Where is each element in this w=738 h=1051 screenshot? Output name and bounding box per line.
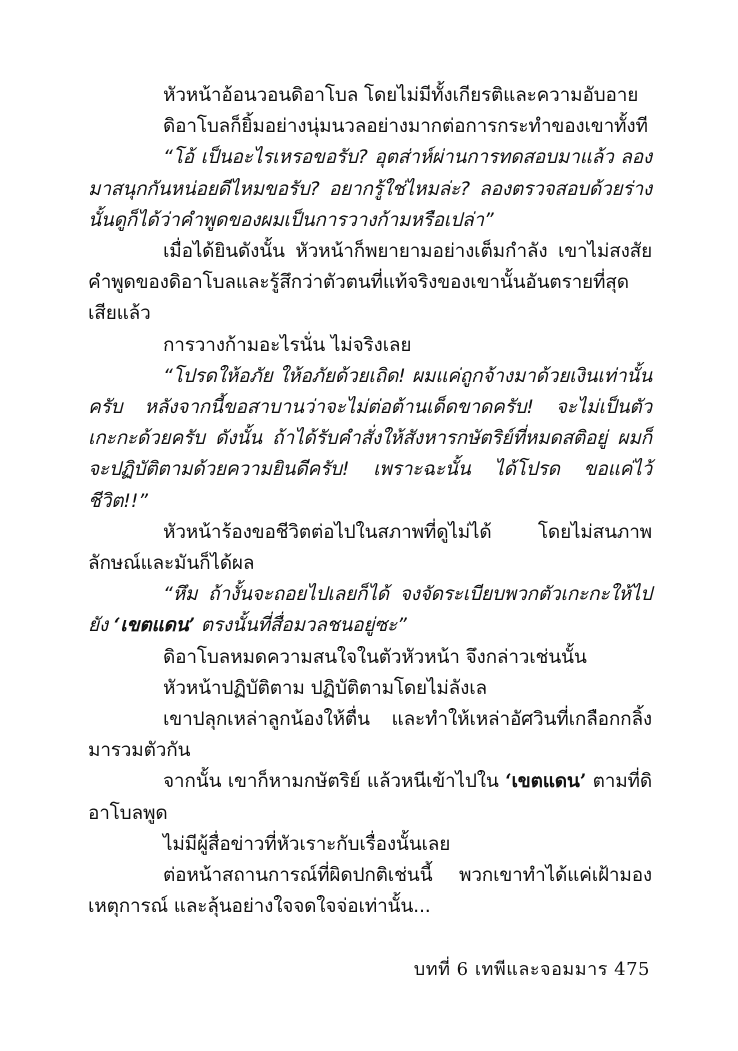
dialogue-text: ตรงนั้นที่สื่อมวลชนอยู่ซะ” [195, 614, 407, 636]
page-number: 475 [614, 959, 650, 980]
paragraph: ไม่มีผู้สื่อข่าวที่หัวเราะกับเรื่องนั้นเ… [88, 829, 652, 860]
dialogue-paragraph: “โอ้ เป็นอะไรเหรอขอรับ? อุตส่าห์ผ่านการท… [88, 142, 652, 236]
narration-text: จากนั้น เขาก็หามกษัตริย์ แล้วหนีเข้าไปใน [163, 770, 505, 792]
dialogue-paragraph: “หึม ถ้างั้นจะถอยไปเลยก็ได้ จงจัดระเบียบ… [88, 579, 652, 641]
chapter-label: บทที่ 6 เทพีและจอมมาร [414, 959, 608, 980]
paragraph: หัวหน้าร้องขอชีวิตต่อไปในสภาพที่ดูไม่ได้… [88, 517, 652, 579]
paragraph: ดิอาโบลก็ยิ้มอย่างนุ่มนวลอย่างมากต่อการก… [88, 111, 652, 142]
page-footer: บทที่ 6 เทพีและจอมมาร 475 [414, 954, 650, 983]
page-body: หัวหน้าอ้อนวอนดิอาโบล โดยไม่มีทั้งเกียรต… [88, 80, 652, 922]
emphasized-term: ‘เขตแดน’ [505, 770, 586, 792]
paragraph: หัวหน้าอ้อนวอนดิอาโบล โดยไม่มีทั้งเกียรต… [88, 80, 652, 111]
dialogue-paragraph: “โปรดให้อภัย ให้อภัยด้วยเถิด! ผมแค่ถูกจ้… [88, 361, 652, 517]
paragraph: เมื่อได้ยินดังนั้น หัวหน้าก็พยายามอย่างเ… [88, 236, 652, 330]
paragraph: จากนั้น เขาก็หามกษัตริย์ แล้วหนีเข้าไปใน… [88, 766, 652, 828]
paragraph: ต่อหน้าสถานการณ์ที่ผิดปกติเช่นนี้ พวกเขา… [88, 860, 652, 922]
paragraph: การวางก้ามอะไรนั่น ไม่จริงเลย [88, 330, 652, 361]
paragraph: เขาปลุกเหล่าลูกน้องให้ตื่น และทำให้เหล่า… [88, 704, 652, 766]
paragraph: ดิอาโบลหมดความสนใจในตัวหัวหน้า จึงกล่าวเ… [88, 642, 652, 673]
emphasized-term: ‘เขตแดน’ [114, 614, 195, 636]
paragraph: หัวหน้าปฏิบัติตาม ปฏิบัติตามโดยไม่ลังเล [88, 673, 652, 704]
